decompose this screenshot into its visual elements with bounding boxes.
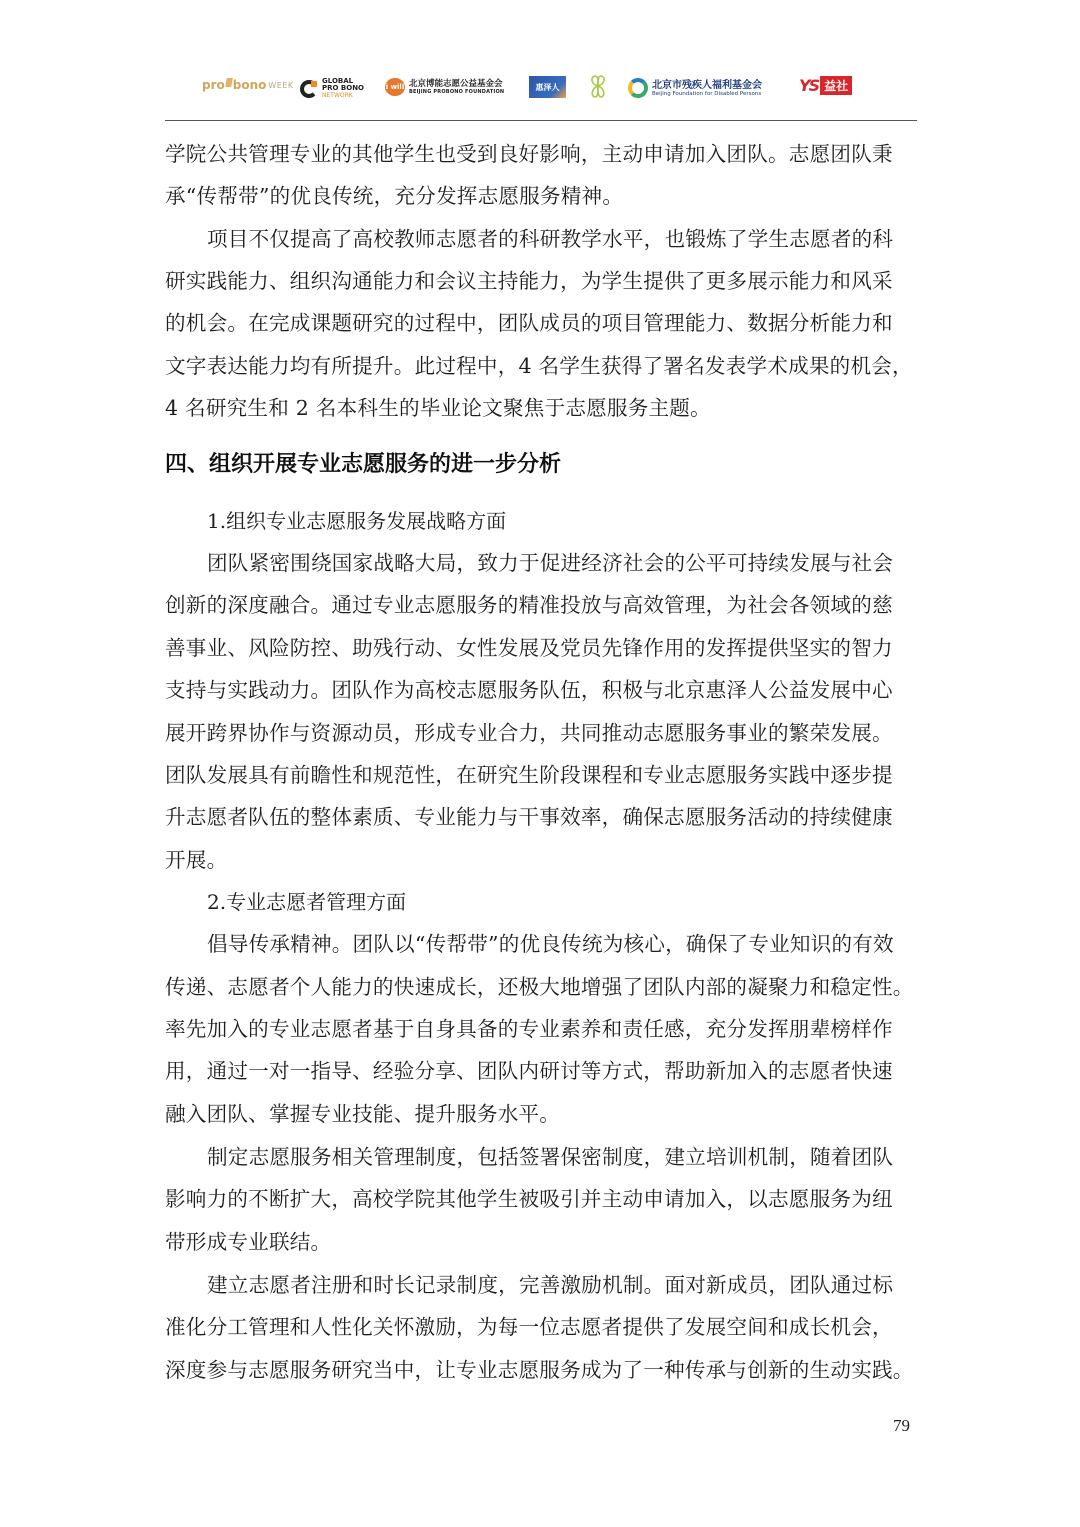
logo-cn: 北京博能志愿公益基金会 bbox=[409, 80, 504, 89]
paragraph-line: 传递、志愿者个人能力的快速成长，还极大地增强了团队内部的凝聚力和稳定性。 bbox=[165, 973, 914, 1001]
paragraph-line: 倡导传承精神。团队以“传帮带”的优良传统为核心，确保了专业知识的有效 bbox=[207, 930, 894, 958]
paragraph-line: 率先加入的专业志愿者基于自身具备的专业素养和责任感，充分发挥朋辈榜样作 bbox=[165, 1015, 893, 1043]
logo-line: NETWORK bbox=[322, 92, 364, 99]
paragraph-line: 的机会。在完成课题研究的过程中，团队成员的项目管理能力、数据分析能力和 bbox=[165, 309, 893, 337]
logo-cn: 益社 bbox=[820, 76, 852, 95]
paragraph-line: 团队发展具有前瞻性和规范性，在研究生阶段课程和专业志愿服务实践中逐步提 bbox=[165, 761, 893, 789]
logo-text: GLOBAL PRO BONO NETWORK bbox=[322, 78, 364, 99]
paragraph-line: 融入团队、掌握专业技能、提升服务水平。 bbox=[165, 1100, 560, 1128]
paragraph-line: 项目不仅提高了高校教师志愿者的科研教学水平，也锻炼了学生志愿者的科 bbox=[207, 225, 893, 253]
paragraph-line: 支持与实践动力。团队作为高校志愿服务队伍，积极与北京惠泽人公益发展中心 bbox=[165, 676, 893, 704]
paragraph-line: 文字表达能力均有所提升。此过程中，4 名学生获得了署名发表学术成果的机会， bbox=[165, 352, 913, 380]
paragraph-line: 展开跨界协作与资源动员，形成专业合力，共同推动志愿服务事业的繁荣发展。 bbox=[165, 719, 893, 747]
paragraph-line: 用，通过一对一指导、经验分享、团队内研讨等方式，帮助新加入的志愿者快速 bbox=[165, 1057, 893, 1085]
paragraph-line: 4 名研究生和 2 名本科生的毕业论文聚焦于志愿服务主题。 bbox=[165, 394, 711, 422]
header-divider bbox=[165, 120, 917, 121]
paragraph-line: 深度参与志愿服务研究当中，让专业志愿服务成为了一种传承与创新的生动实践。 bbox=[165, 1356, 914, 1384]
section-heading: 四、组织开展专业志愿服务的进一步分析 bbox=[165, 450, 561, 480]
page-header-logos: pro bono WEEK GLOBAL PRO BONO NETWORK i … bbox=[165, 70, 917, 116]
flag-icon bbox=[225, 78, 233, 87]
global-pro-bono-logo: GLOBAL PRO BONO NETWORK bbox=[300, 78, 364, 99]
logo-text: 北京博能志愿公益基金会 BEIJING PROBONO FOUNDATION bbox=[409, 80, 504, 95]
logo-line: PRO BONO bbox=[322, 85, 364, 92]
beijing-probono-foundation-logo: i will 北京博能志愿公益基金会 BEIJING PROBONO FOUND… bbox=[385, 78, 504, 96]
page-number: 79 bbox=[893, 1416, 910, 1436]
subsection-heading-2: 2.专业志愿者管理方面 bbox=[207, 888, 406, 916]
paragraph-line: 团队紧密围绕国家战略大局，致力于促进经济社会的公平可持续发展与社会 bbox=[207, 549, 893, 577]
logo-text: 北京市残疾人福利基金会 Beijing Foundation for Disab… bbox=[652, 80, 762, 97]
paragraph-line: 制定志愿服务相关管理制度，包括签署保密制度，建立培训机制，随着团队 bbox=[207, 1143, 893, 1171]
paragraph-line: 学院公共管理专业的其他学生也受到良好影响，主动申请加入团队。志愿团队秉 bbox=[165, 140, 893, 168]
paragraph-line: 开展。 bbox=[165, 846, 227, 874]
paragraph-line: 研实践能力、组织沟通能力和会议主持能力，为学生提供了更多展示能力和风采 bbox=[165, 267, 893, 295]
logo-en: Beijing Foundation for Disabled Persons bbox=[652, 91, 762, 97]
paragraph-line: 升志愿者队伍的整体素质、专业能力与干事效率，确保志愿服务活动的持续健康 bbox=[165, 803, 893, 831]
paragraph-line: 创新的深度融合。通过专业志愿服务的精准投放与高效管理，为社会各领域的慈 bbox=[165, 591, 893, 619]
ys-mark: YS bbox=[799, 76, 818, 95]
logo-text: bono bbox=[233, 78, 267, 92]
paragraph-line: 承“传帮带”的优良传统，充分发挥志愿服务精神。 bbox=[165, 182, 623, 210]
logo-text: pro bbox=[202, 78, 225, 92]
paragraph-line: 影响力的不断扩大，高校学院其他学生被吸引并主动申请加入，以志愿服务为纽 bbox=[165, 1185, 893, 1213]
iwill-icon: i will bbox=[385, 78, 405, 96]
probono-week-logo: pro bono WEEK bbox=[202, 78, 294, 92]
clover-icon bbox=[587, 74, 609, 100]
subsection-heading-1: 1.组织专业志愿服务发展战略方面 bbox=[207, 507, 506, 535]
logo-en: BEIJING PROBONO FOUNDATION bbox=[409, 89, 504, 95]
paragraph-line: 善事业、风险防控、助残行动、女性发展及党员先锋作用的发挥提供坚实的智力 bbox=[165, 634, 893, 662]
huizeren-logo: 惠泽人 bbox=[529, 76, 566, 98]
paragraph-line: 准化分工管理和人性化关怀激励，为每一位志愿者提供了发展空间和成长机会， bbox=[165, 1313, 893, 1341]
logo-text: WEEK bbox=[268, 81, 293, 90]
yishe-logo: YS 益社 bbox=[799, 76, 852, 95]
logo-cn: 北京市残疾人福利基金会 bbox=[652, 80, 762, 91]
paragraph-line: 带形成专业联结。 bbox=[165, 1228, 331, 1256]
c-mark-icon bbox=[300, 80, 318, 98]
ring-icon bbox=[628, 78, 648, 98]
beijing-disabled-foundation-logo: 北京市残疾人福利基金会 Beijing Foundation for Disab… bbox=[628, 78, 762, 98]
paragraph-line: 建立志愿者注册和时长记录制度，完善激励机制。面对新成员，团队通过标 bbox=[207, 1271, 893, 1299]
